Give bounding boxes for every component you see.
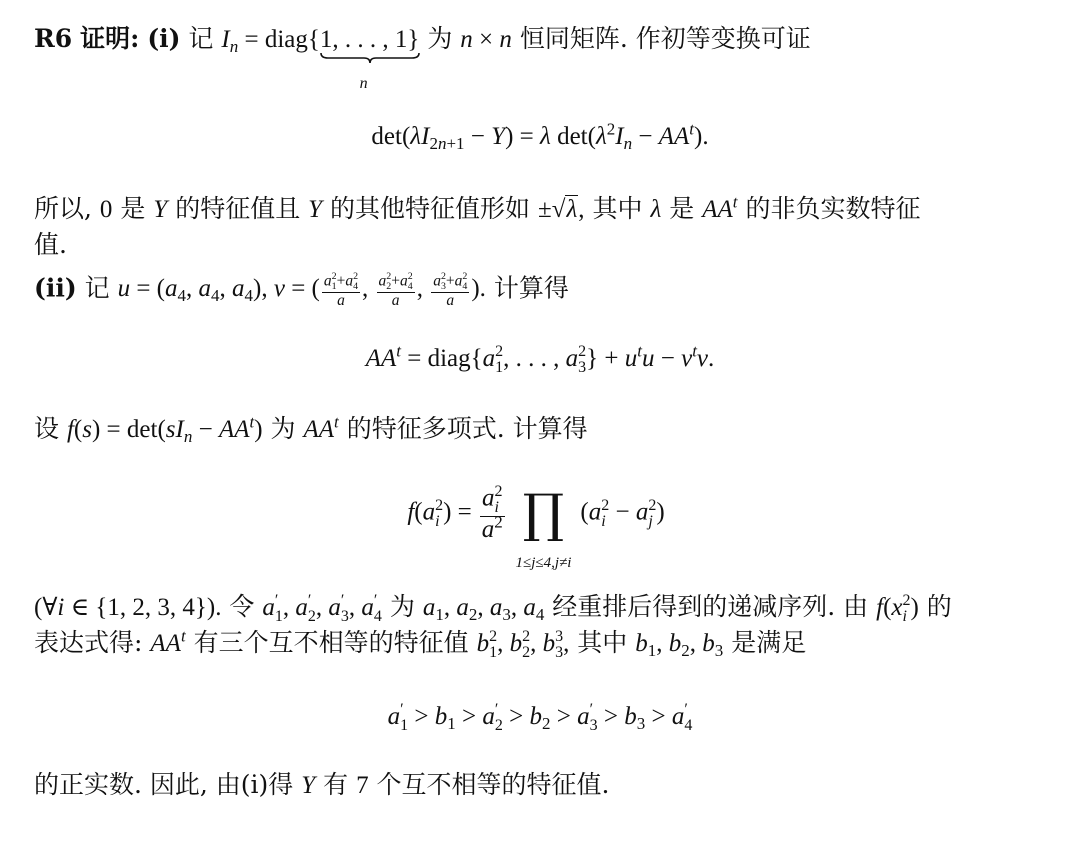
paragraph-reordering-cont: 表达式得: AAt 有三个互不相等的特征值 b21, b22, b33, 其中 … — [34, 628, 806, 661]
text: 的正实数. 因此, 由(i)得 — [34, 770, 293, 799]
math-a-list: a1, a2, a3, a4 — [423, 594, 545, 621]
text: 令 — [229, 592, 254, 621]
math-pm-sqrt-lambda: ±√λ, — [538, 196, 585, 223]
text: 其中 — [592, 194, 642, 223]
math-a-prime-list: a′1, a′2, a′3, a′4 — [262, 594, 382, 621]
text: 表达式得: — [34, 628, 142, 657]
text: 其中 — [577, 628, 627, 657]
math-Y: Y — [153, 196, 167, 223]
proof-label: 证明: — [80, 24, 139, 53]
math-f-xi: f(x2i) — [876, 594, 919, 621]
underbrace-label: n — [320, 69, 408, 99]
math-u-def: u = (a4, a4, a4), v = (a21+a24a, a22+a24… — [118, 275, 486, 302]
text: 所以, — [34, 194, 92, 223]
paragraph-reordering: (∀i ∈ {1, 2, 3, 4}). 令 a′1, a′2, a′3, a′… — [34, 592, 952, 625]
text: 值. — [34, 230, 67, 259]
paragraph-eigen-form: 所以, 0 是 Y 的特征值且 Y 的其他特征值形如 ±√λ, 其中 λ 是 A… — [34, 194, 920, 225]
math-identity-def: In = diag{1, . . . , 1n} — [221, 26, 419, 53]
math-seven: 7 — [356, 772, 369, 799]
math-f-def: f(s) = det(sIn − AAt) — [67, 416, 263, 443]
paragraph-conclusion: 的正实数. 因此, 由(i)得 Y 有 7 个互不相等的特征值. — [34, 770, 609, 801]
text: 记 — [85, 273, 110, 302]
math-lambda: λ — [650, 196, 661, 223]
problem-label: R6 — [34, 24, 72, 53]
text: 的特征值且 — [175, 194, 300, 223]
paragraph-char-poly-def: 设 f(s) = det(sIn − AAt) 为 AAt 的特征多项式. 计算… — [34, 414, 588, 445]
paragraph-part-ii-def: (ii) 记 u = (a4, a4, a4), v = (a21+a24a, … — [34, 272, 569, 309]
equation-char-poly-value: f(a2i) = a2ia2 ∏1≤j≤4,j≠i (a2i − a2j) — [0, 484, 1080, 564]
text: 有三个互不相等的特征值 — [194, 628, 469, 657]
math-n-by-n: n × n — [460, 26, 512, 53]
product-symbol: ∏ — [523, 488, 564, 540]
paragraph-eigen-form-cont: 值. — [34, 230, 67, 260]
math-AAt: AAt — [150, 630, 185, 657]
math-forall: (∀i ∈ {1, 2, 3, 4}). — [34, 594, 221, 621]
text: 的非负实数特征 — [745, 194, 920, 223]
text: 是 — [120, 194, 145, 223]
math-b-list: b1, b2, b3 — [635, 630, 723, 657]
equation-det-identity: det(λI2n+1 − Y) = λ det(λ2In − AAt). — [0, 122, 1080, 152]
text: 恒同矩阵. 作初等变换可证 — [520, 24, 811, 53]
math-zero: 0 — [100, 196, 113, 223]
text: 设 — [34, 414, 59, 443]
math-AAt: AAt — [702, 196, 737, 223]
equation-interlacing: a′1 > b1 > a′2 > b2 > a′3 > b3 > a′4 — [0, 702, 1080, 734]
text: 是满足 — [731, 628, 806, 657]
text: 记 — [188, 24, 213, 53]
math-Y: Y — [308, 196, 322, 223]
part-ii-label: (ii) — [34, 273, 77, 302]
product-index-range: 1≤j≤4,j≠i — [515, 548, 571, 578]
text: 个互不相等的特征值. — [377, 770, 610, 799]
part-i-label: (i) — [147, 24, 180, 53]
text: 为 — [427, 24, 452, 53]
text: 为 — [390, 592, 415, 621]
equation-AAt-decomposition: AAt = diag{a21, . . . , a23} + utu − vtv… — [0, 344, 1080, 376]
text: 的特征多项式. 计算得 — [347, 414, 588, 443]
math-b-squares: b21, b22, b33, — [477, 630, 570, 657]
text: 有 — [323, 770, 348, 799]
text: 的其他特征值形如 — [330, 194, 530, 223]
underbrace-icon — [320, 52, 420, 64]
text: 计算得 — [494, 273, 569, 302]
math-AAt: AAt — [303, 416, 338, 443]
math-Y: Y — [301, 772, 315, 799]
text: 是 — [669, 194, 694, 223]
paragraph-part-i-intro: R6 证明: (i) 记 In = diag{1, . . . , 1n} 为 … — [34, 24, 811, 55]
text: 为 — [271, 414, 296, 443]
text: 经重排后得到的递减序列. 由 — [552, 592, 868, 621]
text: 的 — [927, 592, 952, 621]
